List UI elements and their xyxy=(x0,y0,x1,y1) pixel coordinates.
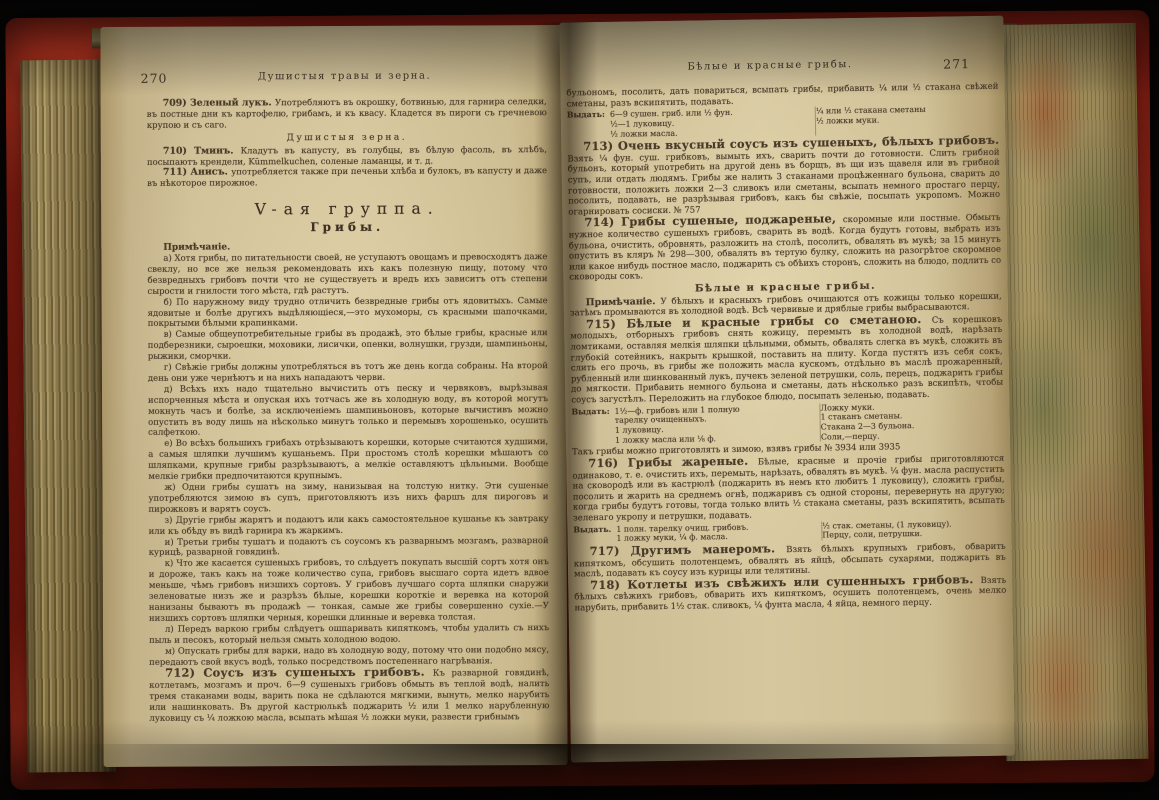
recipe-title: 710) Тминъ. xyxy=(163,145,241,156)
vydat-item: Перцу, соли, петрушки. xyxy=(822,528,1005,541)
recipe-711: 711) Анисъ. употребляется также при пече… xyxy=(147,167,547,191)
subhead-zerna: Душистыя зерна. xyxy=(147,132,547,145)
recipe-710: 710) Тминъ. Кладутъ въ капусту, въ голуб… xyxy=(147,145,547,169)
recipe-709: 709) Зеленый лукъ. Употребляютъ въ окрош… xyxy=(147,97,547,131)
vydat-item: ½ ложки муки. xyxy=(816,114,999,127)
note-zh: ж) Одни грибы сушатъ на зиму, нанизывая … xyxy=(148,481,548,515)
text-column-right: бульономъ, посолить, дать повариться, вс… xyxy=(566,82,1006,614)
recipe-718: 718) Котлеты изъ свѣжихъ или сушенныхъ г… xyxy=(574,573,1006,614)
note-a: а) Хотя грибы, по питательности своей, н… xyxy=(147,252,547,297)
recipe-714: 714) Грибы сушеные, поджареные, скоромны… xyxy=(568,211,1001,283)
vydat-item: Соли,—перцу. xyxy=(821,429,1004,442)
marbled-fore-edge xyxy=(994,23,1149,761)
vydat-column: 1½—ф. грибовъ или 1 полнуютарелку очищен… xyxy=(614,403,820,445)
recipe-716: 716) Грибы жареные. Бѣлые, красные и про… xyxy=(572,452,1005,524)
note-z: з) Другіе грибы жарятъ и подаютъ или как… xyxy=(149,514,549,538)
recipe-title: 716) Грибы жареные. xyxy=(588,453,758,470)
vydat-715: Выдать:1½—ф. грибовъ или 1 полнуютарелку… xyxy=(571,400,1004,446)
group-title: V-ая группа. xyxy=(147,203,547,216)
recipe-713: 713) Очень вкусный соусъ изъ сушеныхъ, б… xyxy=(567,135,1000,218)
recipe-title: 711) Анисъ. xyxy=(163,167,231,178)
note-g: г) Свѣжіе грибы должны употребляться въ … xyxy=(148,361,548,385)
note-k: к) Что же касается сушеныхъ грибовъ, то … xyxy=(149,557,549,624)
vydat-label: Выдать: xyxy=(567,110,606,140)
vydat-column: 1 полн. тарелку очищ. грибовъ.1 ложку му… xyxy=(616,521,821,544)
note-b: б) По наружному виду трудно отличить без… xyxy=(148,296,548,330)
note-l: л) Передъ варкою грибы слѣдуетъ ошпарива… xyxy=(149,623,549,647)
vydat-column: 6—9 сушен. гриб. или ½ фун.½—1 луковицу.… xyxy=(610,107,815,139)
text-column-left: 709) Зеленый лукъ. Употребляютъ въ окрош… xyxy=(147,97,550,725)
vydat-label: Выдать. xyxy=(573,524,611,544)
running-head-title-right: Бѣлые и красные грибы. xyxy=(570,57,970,74)
photo-background: 270 Душистыя травы и зерна. 709) Зеленый… xyxy=(0,0,1159,800)
vydat-column: Ложку муки.1 стаканъ сметаны.Стакана 2—3… xyxy=(819,400,1004,442)
vydat-label: Выдать: xyxy=(571,406,610,445)
running-head-title-left: Душистыя травы и зерна. xyxy=(141,70,549,83)
recipe-title: Примѣчаніе. xyxy=(586,296,661,308)
book-bottom-shadow xyxy=(70,744,1030,794)
group-subtitle: Грибы. xyxy=(147,221,547,234)
recipe-title: 714) Грибы сушеные, поджареные, xyxy=(584,212,843,230)
recipe-title: 717) Другимъ манеромъ. xyxy=(590,541,787,558)
running-head-right: 271 Бѣлые и красные грибы. xyxy=(570,56,970,77)
note-e: е) Во всѣхъ большихъ грибахъ отрѣзываютъ… xyxy=(148,437,548,482)
page-right: 271 Бѣлые и красные грибы. бульономъ, по… xyxy=(559,16,1015,763)
recipe-712: 712) Соусъ изъ сушеныхъ грибовъ. Къ разв… xyxy=(149,666,549,724)
page-left: 270 Душистыя травы и зерна. 709) Зеленый… xyxy=(100,25,567,767)
recipe-title: 712) Соусъ изъ сушеныхъ грибовъ. xyxy=(165,665,433,680)
vydat-column: ¼ или ½ стакана сметаны½ ложки муки. xyxy=(815,104,999,136)
running-head-left: 270 Душистыя травы и зерна. xyxy=(141,69,549,86)
vydat-column: ½ стак. сметаны, (1 луковицу).Перцу, сол… xyxy=(821,518,1005,540)
recipe-715: 715) Бѣлые и красные грибы со сметаною. … xyxy=(570,312,1003,406)
note-v: в) Самые общеупотребительные грибы въ пр… xyxy=(148,328,548,362)
note-d: д) Всѣхъ ихъ надо тщательно вычистить от… xyxy=(148,383,548,439)
note-i: и) Третьи грибы тушатъ и подаютъ съ соус… xyxy=(149,536,549,560)
recipe-title: 709) Зеленый лукъ. xyxy=(163,97,275,108)
